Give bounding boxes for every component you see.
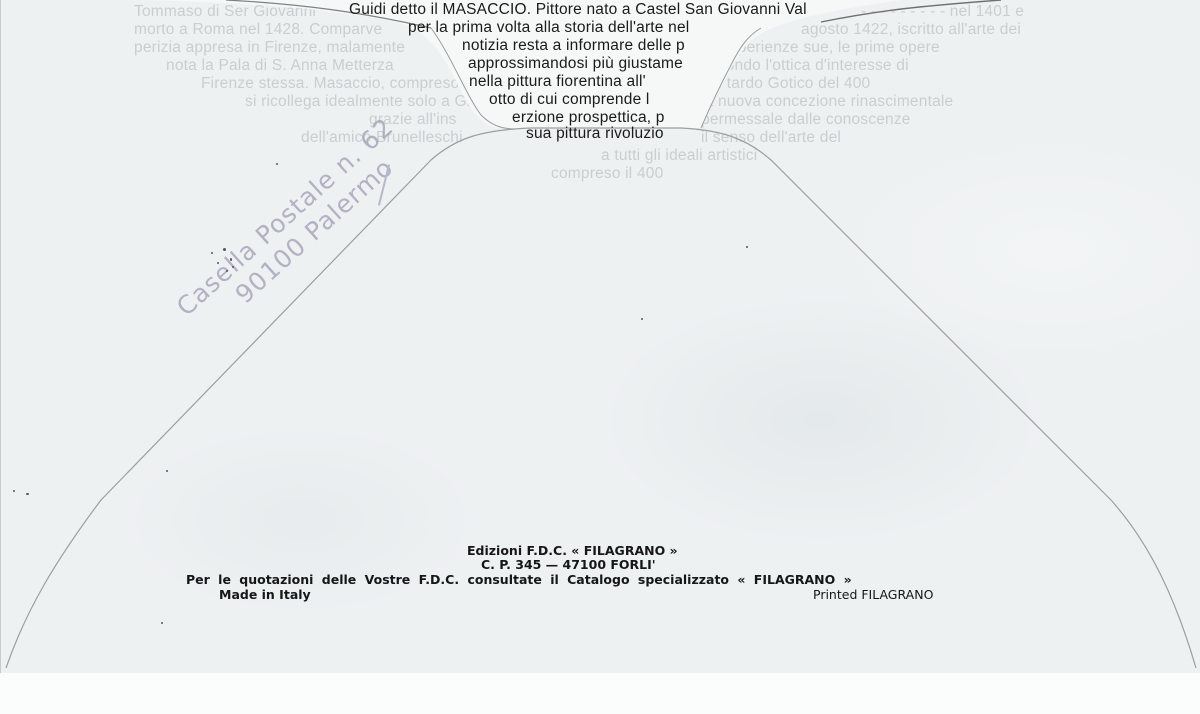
bio-line: otto di cui comprende l	[489, 91, 650, 109]
imprint-address: C. P. 345 — 47100 FORLI'	[481, 558, 656, 572]
imprint-printed-by: Printed FILAGRANO	[813, 588, 933, 602]
imprint-publisher: Edizioni F.D.C. « FILAGRANO »	[467, 544, 678, 558]
bio-line: notizia resta a informare delle p	[462, 37, 685, 55]
bio-line: sua pittura rivoluzio	[526, 125, 664, 143]
imprint-notice: Per le quotazioni delle Vostre F.D.C. co…	[186, 573, 852, 587]
imprint-made-in: Made in Italy	[219, 588, 311, 602]
bio-line: approssimandosi più giustame	[468, 55, 683, 73]
bio-line: per la prima volta alla storia dell'arte…	[408, 19, 689, 37]
bio-line: nella pittura fiorentina all'	[469, 73, 646, 91]
bio-line: Guidi detto il MASACCIO. Pittore nato a …	[349, 1, 807, 19]
envelope-back: Tommaso di Ser Giovanni morto a Roma nel…	[0, 0, 1200, 673]
